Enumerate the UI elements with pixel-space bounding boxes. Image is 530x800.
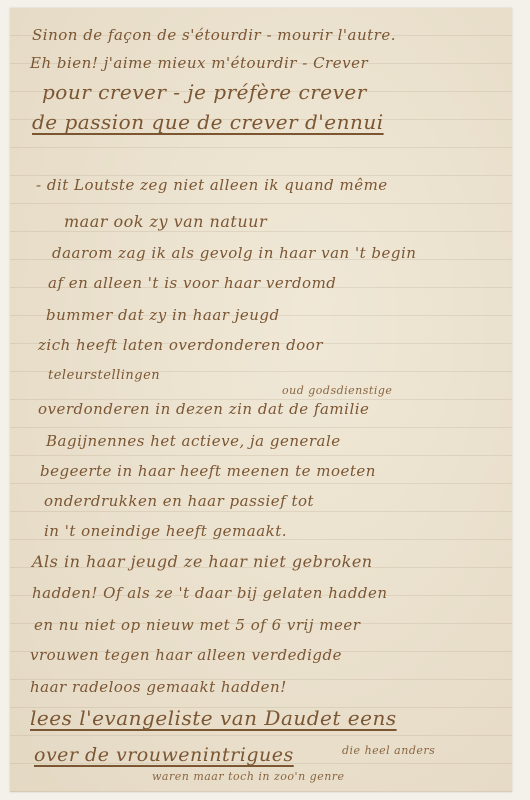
interlinear-note-3: waren maar toch in zoo'n genre: [152, 770, 345, 783]
text-line-8: af en alleen 't is voor haar verdomd: [48, 274, 336, 292]
text-line-9: bummer dat zy in haar jeugd: [46, 306, 280, 324]
text-line-11: teleurstellingen: [48, 368, 160, 383]
text-line-23: over de vrouwenintrigues: [34, 744, 294, 766]
text-line-13: Bagijnennes het actieve, ja generale: [46, 432, 341, 450]
text-line-2: Eh bien! j'aime mieux m'étourdir - Creve…: [30, 54, 368, 72]
text-line-5: - dit Loutste zeg niet alleen ik quand m…: [36, 176, 388, 194]
text-line-3: pour crever - je préfère crever: [42, 80, 367, 104]
text-line-22: lees l'evangeliste van Daudet eens: [30, 706, 397, 730]
text-line-20: vrouwen tegen haar alleen verdedigde: [30, 646, 342, 664]
text-line-12: overdonderen in dezen zin dat de familie: [38, 400, 369, 418]
text-line-19: en nu niet op nieuw met 5 of 6 vrij meer: [34, 616, 360, 634]
text-line-6: maar ook zy van natuur: [64, 212, 267, 231]
text-line-15: onderdrukken en haar passief tot: [44, 492, 314, 510]
text-line-10: zich heeft laten overdonderen door: [38, 336, 323, 354]
text-line-21: haar radeloos gemaakt hadden!: [30, 678, 287, 696]
text-line-17: Als in haar jeugd ze haar niet gebroken: [32, 552, 373, 571]
text-line-16: in 't oneindige heeft gemaakt.: [44, 522, 287, 540]
text-line-14: begeerte in haar heeft meenen te moeten: [40, 462, 376, 480]
text-line-7: daarom zag ik als gevolg in haar van 't …: [52, 244, 416, 262]
text-line-1: Sinon de façon de s'étourdir - mourir l'…: [32, 26, 396, 44]
text-line-4: de passion que de crever d'ennui: [32, 110, 384, 134]
interlinear-note-2: die heel anders: [342, 744, 435, 757]
text-line-18: hadden! Of als ze 't daar bij gelaten ha…: [32, 584, 388, 602]
interlinear-note-1: oud godsdienstige: [282, 384, 392, 397]
